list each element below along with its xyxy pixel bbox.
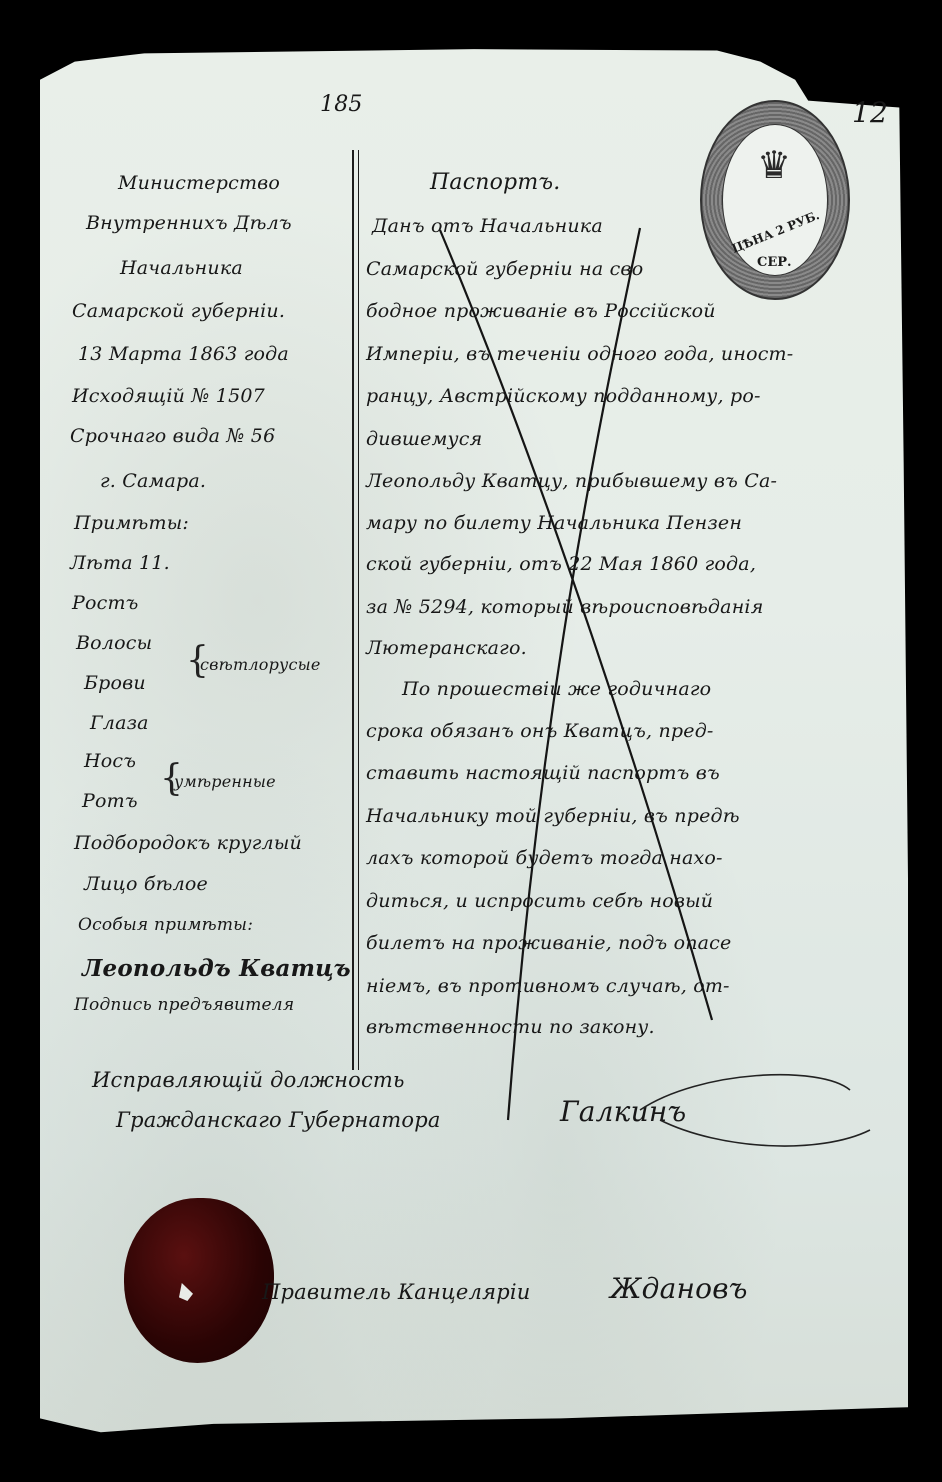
governor-title-line2: Гражданскаго Губернатора [116,1108,441,1132]
wax-seal [124,1198,274,1363]
signature-flourish [620,1070,880,1160]
chancellery-title: Правитель Канцеляріи [262,1280,531,1304]
governor-title-line1: Исправляющій должность [92,1068,405,1092]
seal-chip [179,1283,193,1301]
chancellery-signature: Ждановъ [610,1272,748,1305]
